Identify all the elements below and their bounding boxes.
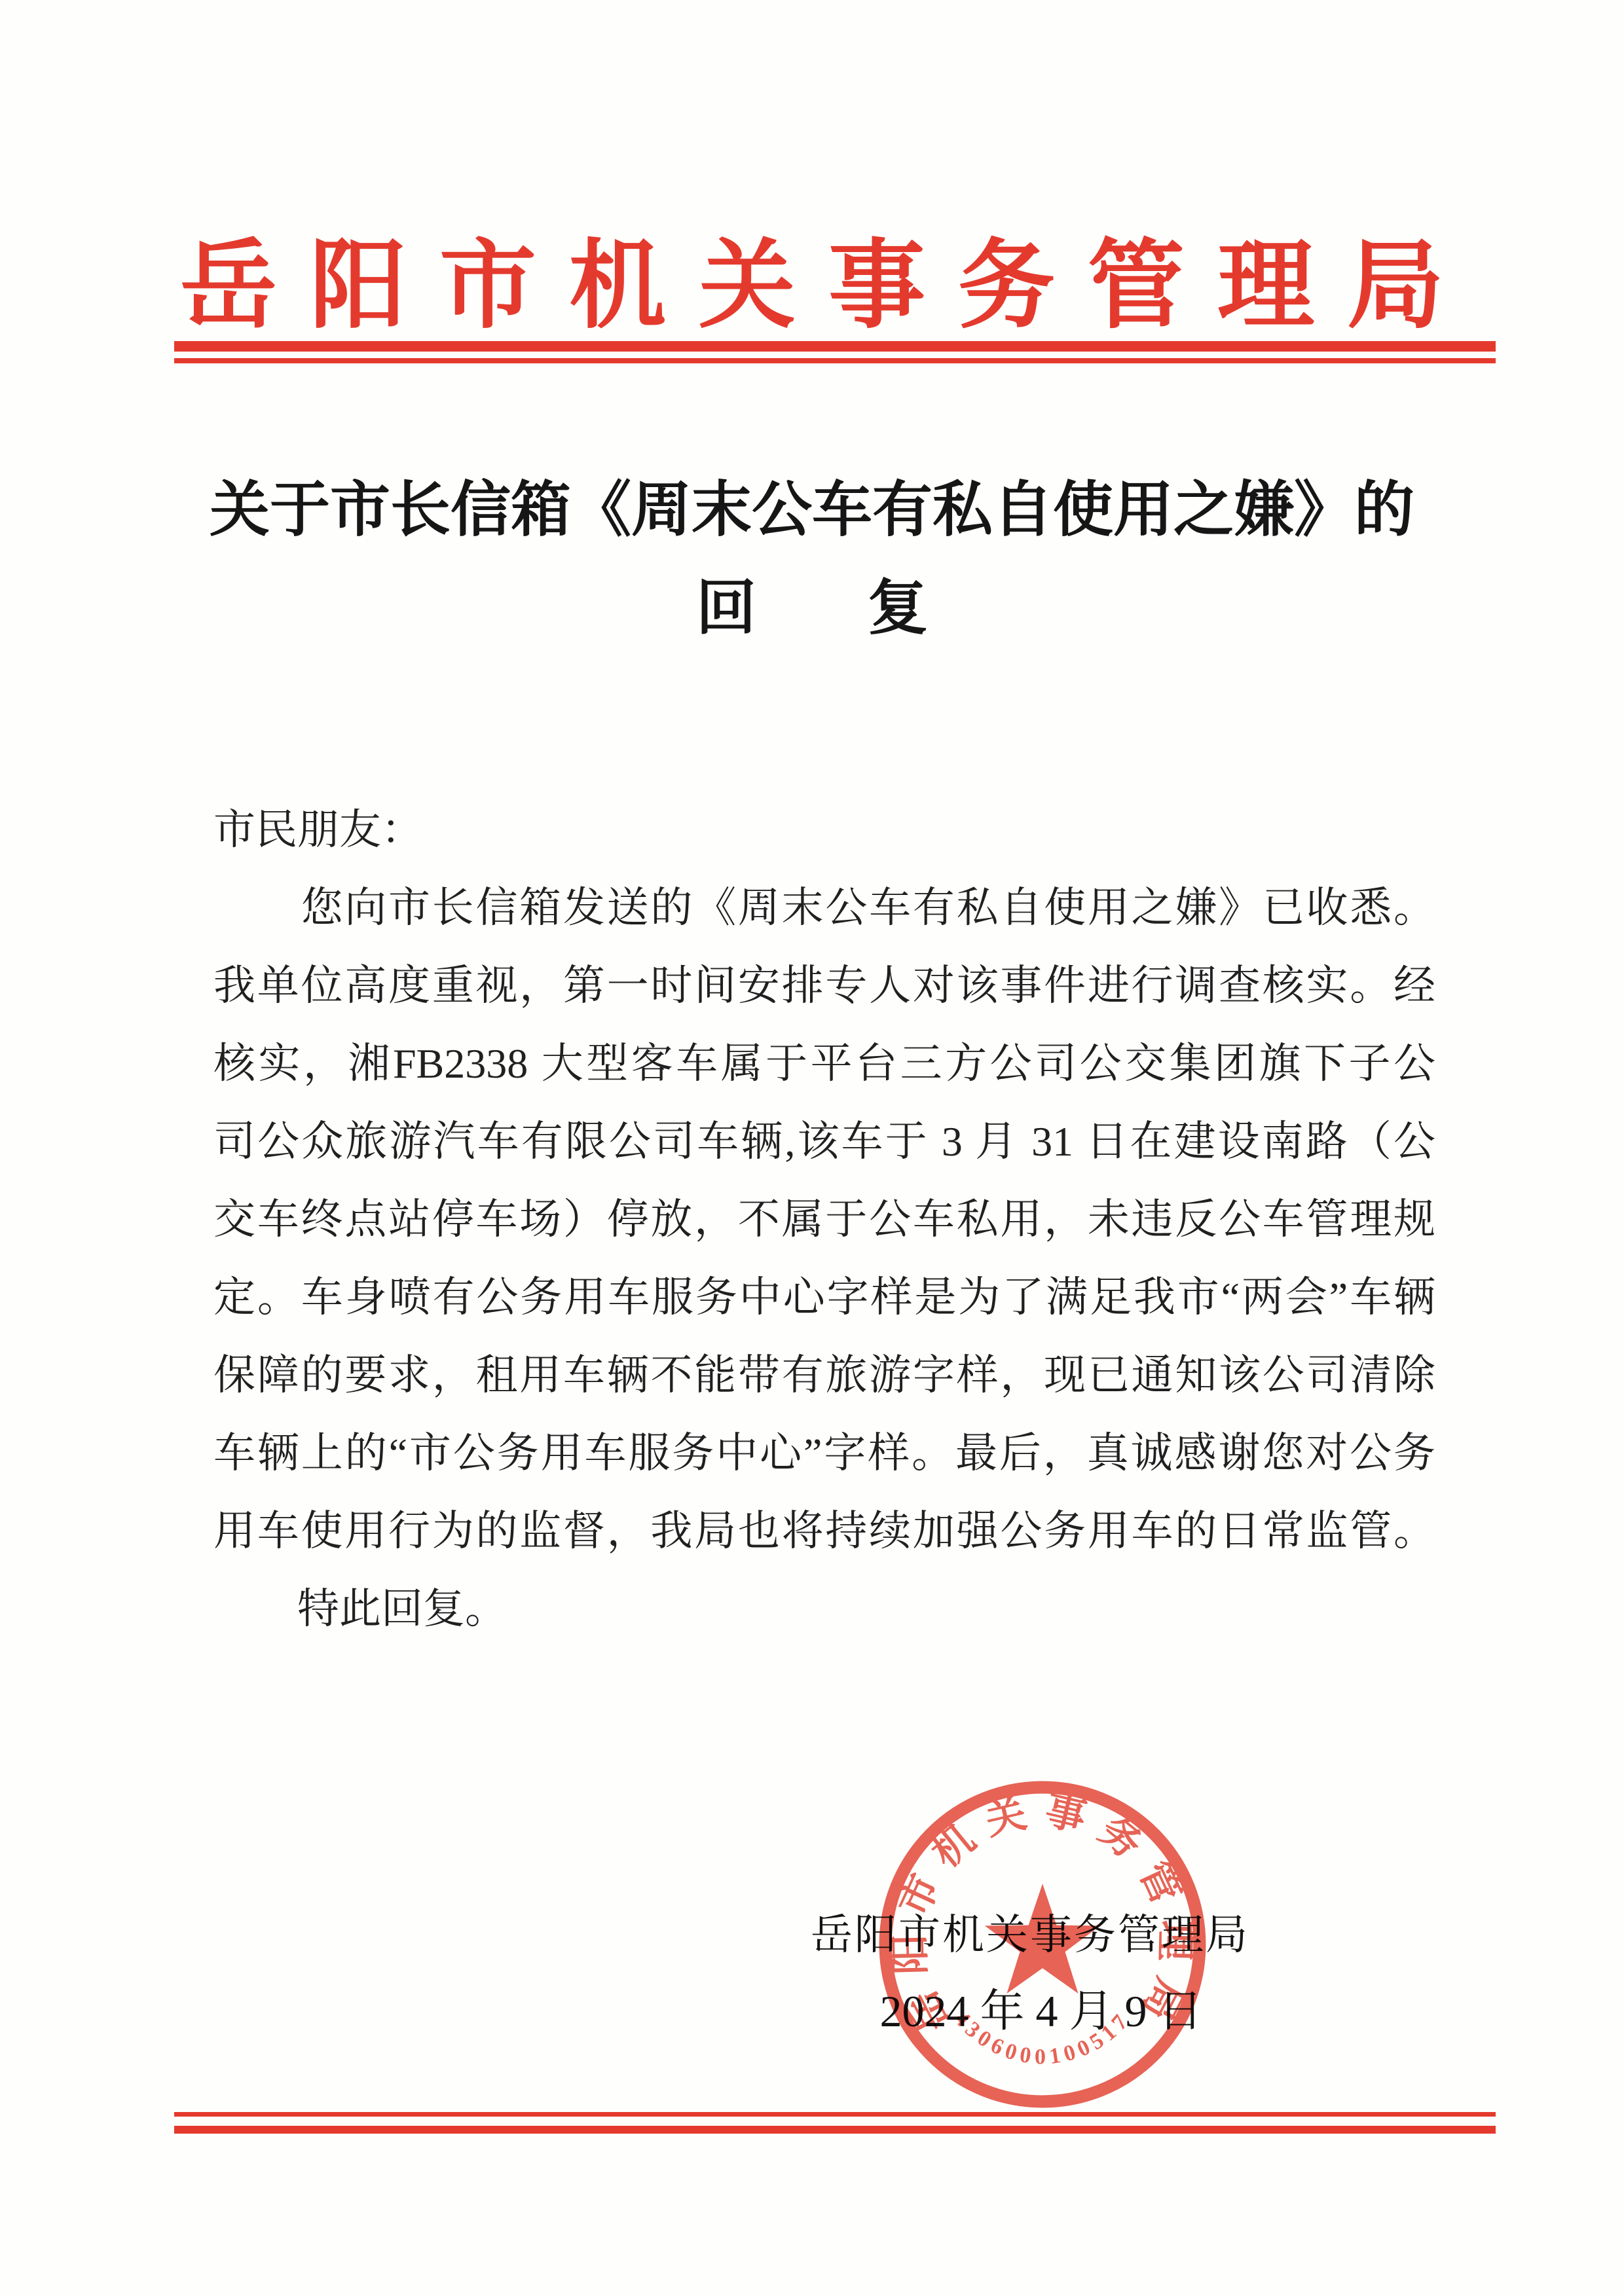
header-rule-thin [174, 358, 1496, 363]
footer-rule-thin [174, 2112, 1496, 2117]
body-text-line: 您向市长信箱发送的《周末公车有私自使用之嫌》已收悉。 [213, 869, 1435, 947]
body-text-line: 交车终点站停车场）停放，不属于公车私用，未违反公车管理规 [213, 1180, 1435, 1258]
footer-rule-thick [174, 2126, 1496, 2134]
letterhead-agency-name: 岳阳市机关事务管理局 [0, 208, 1624, 347]
official-seal: 岳阳市机关事务管理局 4306000100517 [877, 1779, 1208, 2109]
body-text-line: 车辆上的“市公务用车服务中心”字样。最后，真诚感谢您对公务 [213, 1414, 1435, 1492]
document-page: 岳阳市机关事务管理局 关于市长信箱《周末公车有私自使用之嫌》的 回复 市民朋友：… [0, 0, 1624, 2296]
header-rule-thick [174, 341, 1496, 352]
seal-serial-number: 4306000100517 [950, 2007, 1135, 2069]
seal-star-icon [985, 1884, 1100, 1994]
body-text-line: 我单位高度重视，第一时间安排专人对该事件进行调查核实。经 [213, 947, 1435, 1025]
body-text-line: 核实，湘FB2338 大型客车属于平台三方公司公交集团旗下子公 [213, 1025, 1435, 1102]
body-text-line: 定。车身喷有公务用车服务中心字样是为了满足我市“两会”车辆 [213, 1258, 1435, 1336]
letter-body: 市民朋友： 您向市长信箱发送的《周末公车有私自使用之嫌》已收悉。 我单位高度重视… [213, 791, 1435, 1648]
closing-line: 特此回复。 [213, 1570, 1435, 1648]
body-text-line: 保障的要求，租用车辆不能带有旅游字样，现已通知该公司清除 [213, 1336, 1435, 1414]
title-line-2-char1: 回 [696, 575, 756, 642]
salutation-line: 市民朋友： [213, 791, 1435, 869]
title-line-2: 回复 [0, 574, 1624, 643]
document-title: 关于市长信箱《周末公车有私自使用之嫌》的 回复 [0, 475, 1624, 643]
body-text-line: 用车使用行为的监督，我局也将持续加强公务用车的日常监管。 [213, 1492, 1435, 1570]
title-line-1: 关于市长信箱《周末公车有私自使用之嫌》的 [0, 475, 1624, 545]
title-line-2-char2: 复 [868, 575, 928, 642]
body-text-line: 司公众旅游汽车有限公司车辆,该车于 3 月 31 日在建设南路（公 [213, 1102, 1435, 1180]
